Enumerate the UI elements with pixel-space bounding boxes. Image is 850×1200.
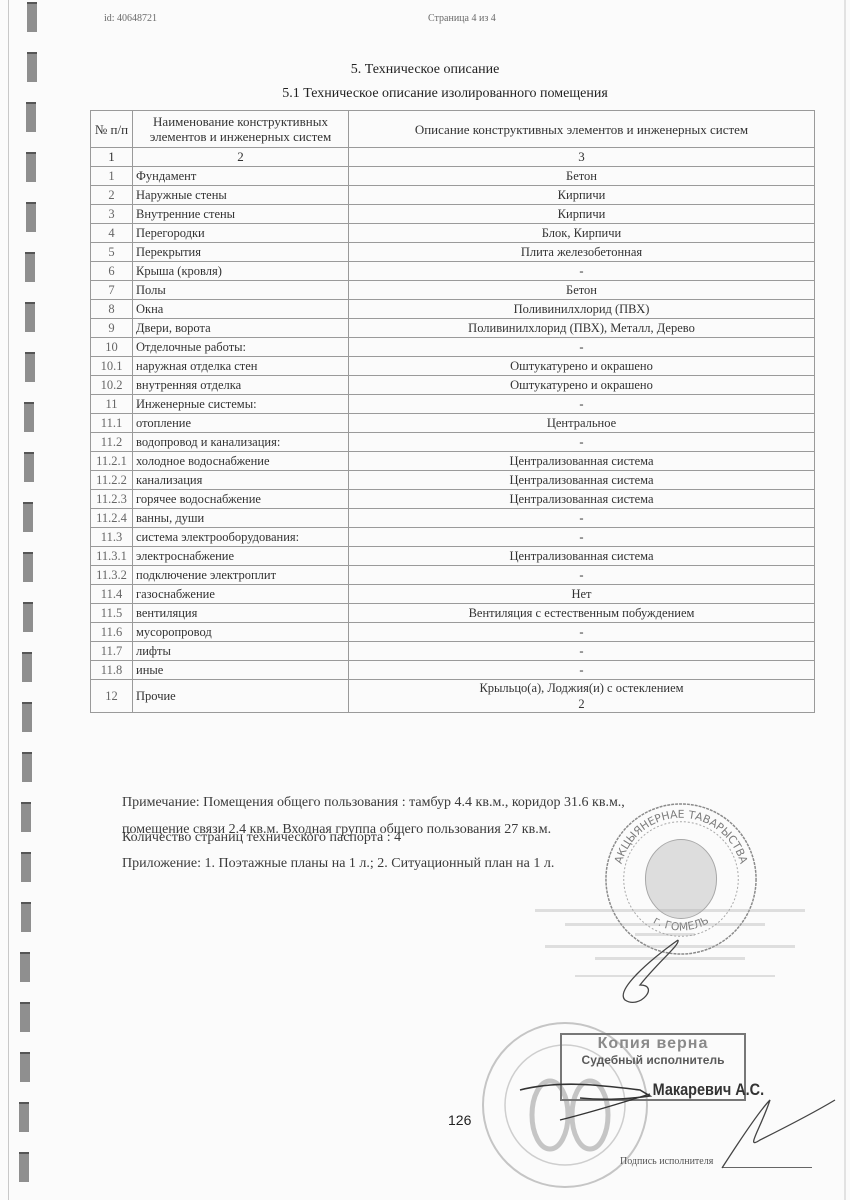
column-index: 2 xyxy=(133,148,349,167)
pages-count: Количество страниц технического паспорта… xyxy=(122,830,401,846)
row-description: - xyxy=(349,338,815,357)
row-number: 11.3.2 xyxy=(91,566,133,585)
row-number: 11.3.1 xyxy=(91,547,133,566)
row-description: - xyxy=(349,509,815,528)
row-description: Централизованная система xyxy=(349,490,815,509)
binding-hole xyxy=(25,352,35,382)
row-element-name: Прочие xyxy=(133,680,349,713)
table-header-row: № п/п Наименование конструктивных элемен… xyxy=(91,111,815,148)
row-element-name: вентиляция xyxy=(133,604,349,623)
row-element-name: подключение электроплит xyxy=(133,566,349,585)
row-number: 11 xyxy=(91,395,133,414)
row-number: 10.1 xyxy=(91,357,133,376)
column-index: 1 xyxy=(91,148,133,167)
row-number: 11.2.1 xyxy=(91,452,133,471)
appendix: Приложение: 1. Поэтажные планы на 1 л.; … xyxy=(122,856,554,872)
row-element-name: мусоропровод xyxy=(133,623,349,642)
column-index: 3 xyxy=(349,148,815,167)
binding-hole xyxy=(22,652,32,682)
table-row: 5ПерекрытияПлита железобетонная xyxy=(91,243,815,262)
binding-hole xyxy=(25,252,35,282)
page-indicator: Страница 4 из 4 xyxy=(428,13,496,24)
table-row: 4ПерегородкиБлок, Кирпичи xyxy=(91,224,815,243)
row-element-name: электроснабжение xyxy=(133,547,349,566)
row-description: Бетон xyxy=(349,167,815,186)
table-row: 11.2водопровод и канализация:- xyxy=(91,433,815,452)
row-element-name: горячее водоснабжение xyxy=(133,490,349,509)
row-description: Кирпичи xyxy=(349,205,815,224)
row-description-line: 2 xyxy=(352,696,811,712)
table-row: 11.8иные- xyxy=(91,661,815,680)
binding-hole xyxy=(22,702,32,732)
row-description: Поливинилхлорид (ПВХ) xyxy=(349,300,815,319)
binding-hole xyxy=(23,502,33,532)
row-number: 11.5 xyxy=(91,604,133,623)
row-description: - xyxy=(349,262,815,281)
binding-hole xyxy=(21,902,31,932)
row-element-name: наружная отделка стен xyxy=(133,357,349,376)
binding-hole xyxy=(23,552,33,582)
row-element-name: Внутренние стены xyxy=(133,205,349,224)
row-element-name: Наружные стены xyxy=(133,186,349,205)
table-row: 11.3.1электроснабжениеЦентрализованная с… xyxy=(91,547,815,566)
row-element-name: газоснабжение xyxy=(133,585,349,604)
row-number: 11.7 xyxy=(91,642,133,661)
row-element-name: Фундамент xyxy=(133,167,349,186)
table-row: 7ПолыБетон xyxy=(91,281,815,300)
row-number: 3 xyxy=(91,205,133,224)
row-description: Оштукатурено и окрашено xyxy=(349,357,815,376)
row-number: 11.8 xyxy=(91,661,133,680)
row-element-name: канализация xyxy=(133,471,349,490)
table-row: 10.1наружная отделка стенОштукатурено и … xyxy=(91,357,815,376)
row-description: Крыльцо(а), Лоджия(и) с остеклением2 xyxy=(349,680,815,713)
row-number: 11.2.3 xyxy=(91,490,133,509)
binding-hole xyxy=(26,102,36,132)
row-element-name: Крыша (кровля) xyxy=(133,262,349,281)
row-element-name: ванны, души xyxy=(133,509,349,528)
row-description: Централизованная система xyxy=(349,547,815,566)
faded-stamp-text xyxy=(525,905,815,985)
table-row: 11.2.1холодное водоснабжениеЦентрализова… xyxy=(91,452,815,471)
row-element-name: лифты xyxy=(133,642,349,661)
row-number: 1 xyxy=(91,167,133,186)
row-element-name: холодное водоснабжение xyxy=(133,452,349,471)
row-element-name: Перекрытия xyxy=(133,243,349,262)
binding-hole xyxy=(24,402,34,432)
binding-hole xyxy=(26,202,36,232)
table-row: 8ОкнаПоливинилхлорид (ПВХ) xyxy=(91,300,815,319)
row-number: 9 xyxy=(91,319,133,338)
binding-hole xyxy=(21,802,31,832)
section-title: 5. Техническое описание xyxy=(0,62,850,78)
row-description: - xyxy=(349,661,815,680)
row-description: - xyxy=(349,566,815,585)
copy-certified-stamp: Копия верна Судебный исполнитель Макарев… xyxy=(560,1033,746,1101)
document-id: id: 40648721 xyxy=(104,13,157,24)
table-row: 11.7лифты- xyxy=(91,642,815,661)
row-description: Вентиляция с естественным побуждением xyxy=(349,604,815,623)
row-number: 10.2 xyxy=(91,376,133,395)
row-description: Кирпичи xyxy=(349,186,815,205)
table-row: 10Отделочные работы:- xyxy=(91,338,815,357)
row-number: 12 xyxy=(91,680,133,713)
binding-hole xyxy=(26,152,36,182)
table-row: 11.1отоплениеЦентральное xyxy=(91,414,815,433)
row-number: 11.3 xyxy=(91,528,133,547)
row-element-name: Двери, ворота xyxy=(133,319,349,338)
table-row: 11.3.2подключение электроплит- xyxy=(91,566,815,585)
table-row: 11.4газоснабжениеНет xyxy=(91,585,815,604)
row-element-name: иные xyxy=(133,661,349,680)
header-element-name: Наименование конструктивных элементов и … xyxy=(133,111,349,148)
row-description: Центральное xyxy=(349,414,815,433)
stamp-line-name: Макаревич А.С. xyxy=(653,1080,764,1100)
table-row: 11.2.4ванны, души- xyxy=(91,509,815,528)
row-description: - xyxy=(349,642,815,661)
table-row: 12ПрочиеКрыльцо(а), Лоджия(и) с остеклен… xyxy=(91,680,815,713)
row-element-name: Отделочные работы: xyxy=(133,338,349,357)
row-number: 8 xyxy=(91,300,133,319)
row-description: Централизованная система xyxy=(349,471,815,490)
row-element-name: система электрооборудования: xyxy=(133,528,349,547)
table-row: 11Инженерные системы:- xyxy=(91,395,815,414)
table-row: 1ФундаментБетон xyxy=(91,167,815,186)
table-row: 3Внутренние стеныКирпичи xyxy=(91,205,815,224)
header-number: № п/п xyxy=(91,111,133,148)
row-description: Нет xyxy=(349,585,815,604)
binding-hole xyxy=(22,752,32,782)
table-row: 11.3система электрооборудования:- xyxy=(91,528,815,547)
binding-hole xyxy=(19,1152,29,1182)
row-description: - xyxy=(349,623,815,642)
binding-hole xyxy=(20,1052,30,1082)
row-number: 11.2.2 xyxy=(91,471,133,490)
row-number: 6 xyxy=(91,262,133,281)
row-element-name: Полы xyxy=(133,281,349,300)
row-number: 11.2.4 xyxy=(91,509,133,528)
technical-description-table: № п/п Наименование конструктивных элемен… xyxy=(90,110,815,713)
binding-holes xyxy=(0,0,40,1200)
column-index-row: 1 2 3 xyxy=(91,148,815,167)
row-description: - xyxy=(349,433,815,452)
page-number: 126 xyxy=(448,1112,471,1128)
row-number: 11.4 xyxy=(91,585,133,604)
stamp-line-copy: Копия верна xyxy=(562,1035,744,1053)
row-number: 11.2 xyxy=(91,433,133,452)
row-description: - xyxy=(349,395,815,414)
table-row: 11.2.2канализацияЦентрализованная систем… xyxy=(91,471,815,490)
row-element-name: водопровод и канализация: xyxy=(133,433,349,452)
row-number: 10 xyxy=(91,338,133,357)
row-description: Поливинилхлорид (ПВХ), Металл, Дерево xyxy=(349,319,815,338)
binding-hole xyxy=(24,452,34,482)
row-description: Централизованная система xyxy=(349,452,815,471)
table-row: 11.6мусоропровод- xyxy=(91,623,815,642)
row-number: 7 xyxy=(91,281,133,300)
row-number: 11.6 xyxy=(91,623,133,642)
stamp-line-title: Судебный исполнитель xyxy=(562,1053,744,1067)
table-row: 10.2внутренняя отделкаОштукатурено и окр… xyxy=(91,376,815,395)
binding-hole xyxy=(25,302,35,332)
header-description: Описание конструктивных элементов и инже… xyxy=(349,111,815,148)
binding-hole xyxy=(21,852,31,882)
row-element-name: Инженерные системы: xyxy=(133,395,349,414)
signature-label: Подпись исполнителя xyxy=(620,1156,713,1167)
signature-line xyxy=(722,1167,812,1168)
row-number: 11.1 xyxy=(91,414,133,433)
row-description-line: Крыльцо(а), Лоджия(и) с остеклением xyxy=(352,680,811,696)
binding-hole xyxy=(23,602,33,632)
row-element-name: отопление xyxy=(133,414,349,433)
row-element-name: Перегородки xyxy=(133,224,349,243)
binding-hole xyxy=(27,2,37,32)
table-row: 11.5вентиляцияВентиляция с естественным … xyxy=(91,604,815,623)
binding-hole xyxy=(20,1002,30,1032)
row-description: - xyxy=(349,528,815,547)
binding-hole xyxy=(20,952,30,982)
binding-hole xyxy=(19,1102,29,1132)
table-row: 6Крыша (кровля)- xyxy=(91,262,815,281)
table-row: 11.2.3горячее водоснабжениеЦентрализован… xyxy=(91,490,815,509)
row-description: Плита железобетонная xyxy=(349,243,815,262)
row-number: 5 xyxy=(91,243,133,262)
table-row: 2Наружные стеныКирпичи xyxy=(91,186,815,205)
row-number: 2 xyxy=(91,186,133,205)
table-row: 9Двери, воротаПоливинилхлорид (ПВХ), Мет… xyxy=(91,319,815,338)
row-element-name: Окна xyxy=(133,300,349,319)
row-description: Оштукатурено и окрашено xyxy=(349,376,815,395)
row-element-name: внутренняя отделка xyxy=(133,376,349,395)
scan-edge-right xyxy=(844,0,846,1200)
subsection-title: 5.1 Техническое описание изолированного … xyxy=(0,86,850,102)
row-number: 4 xyxy=(91,224,133,243)
row-description: Блок, Кирпичи xyxy=(349,224,815,243)
row-description: Бетон xyxy=(349,281,815,300)
